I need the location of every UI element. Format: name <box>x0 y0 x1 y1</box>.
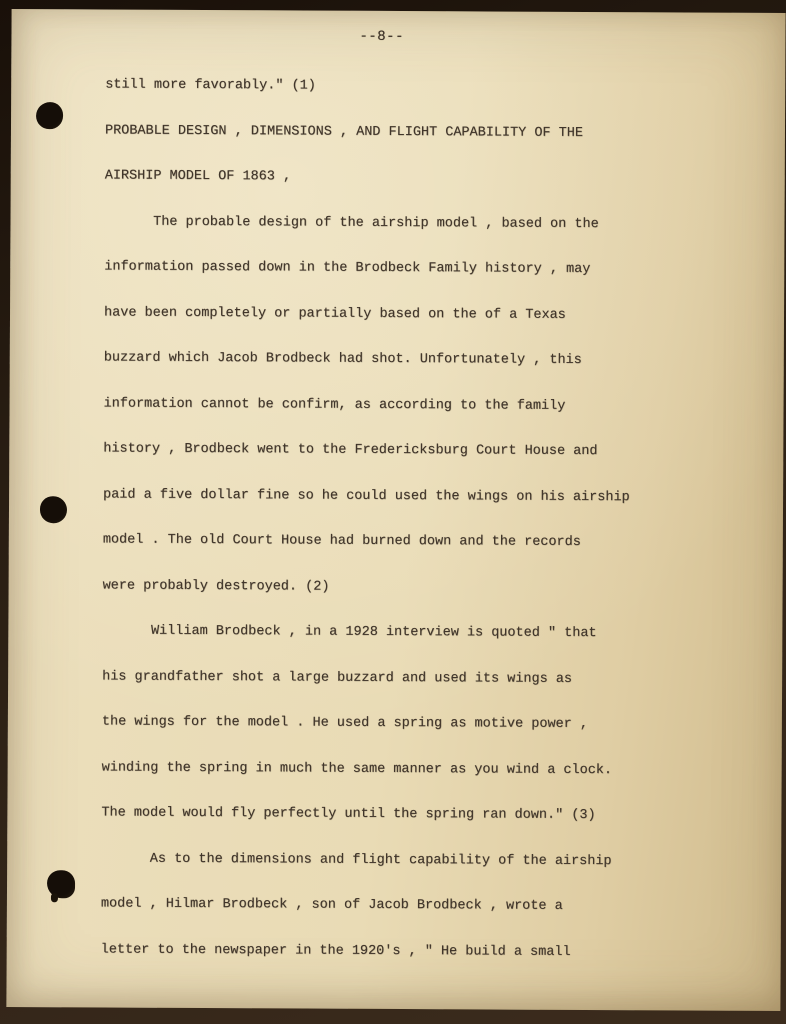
text-line: PROBABLE DESIGN , DIMENSIONS , AND FLIGH… <box>105 108 755 157</box>
typewritten-text: still more favorably." (1)PROBABLE DESIG… <box>101 62 756 975</box>
punch-hole-middle <box>40 496 67 523</box>
text-line: his grandfather shot a large buzzard and… <box>102 654 752 703</box>
text-line: history , Brodbeck went to the Frederick… <box>103 426 753 475</box>
page-number: --8-- <box>359 29 404 45</box>
text-line: The model would fly perfectly until the … <box>101 790 751 839</box>
text-line: William Brodbeck , in a 1928 interview i… <box>102 608 752 657</box>
text-line: As to the dimensions and flight capabili… <box>101 836 751 885</box>
text-line: letter to the newspaper in the 1920's , … <box>101 927 751 976</box>
text-line: winding the spring in much the same mann… <box>102 745 752 794</box>
text-line: the wings for the model . He used a spri… <box>102 699 752 748</box>
text-line: information passed down in the Brodbeck … <box>104 244 754 293</box>
text-line: have been completely or partially based … <box>104 290 754 339</box>
text-line: model . The old Court House had burned d… <box>103 517 753 566</box>
text-line: buzzard which Jacob Brodbeck had shot. U… <box>104 335 754 384</box>
text-line: paid a five dollar fine so he could used… <box>103 472 753 521</box>
text-line: were probably destroyed. (2) <box>102 563 752 612</box>
text-line: model , Hilmar Brodbeck , son of Jacob B… <box>101 881 751 930</box>
text-line: still more favorably." (1) <box>105 62 755 111</box>
punch-hole-top <box>36 102 63 129</box>
text-line: The probable design of the airship model… <box>104 199 754 248</box>
punch-hole-bottom <box>47 870 75 898</box>
photo-background: --8-- still more favorably." (1)PROBABLE… <box>0 0 786 1024</box>
text-line: information cannot be confirm, as accord… <box>103 381 753 430</box>
text-line: AIRSHIP MODEL OF 1863 , <box>105 153 755 202</box>
document-page: --8-- still more favorably." (1)PROBABLE… <box>6 9 785 1011</box>
